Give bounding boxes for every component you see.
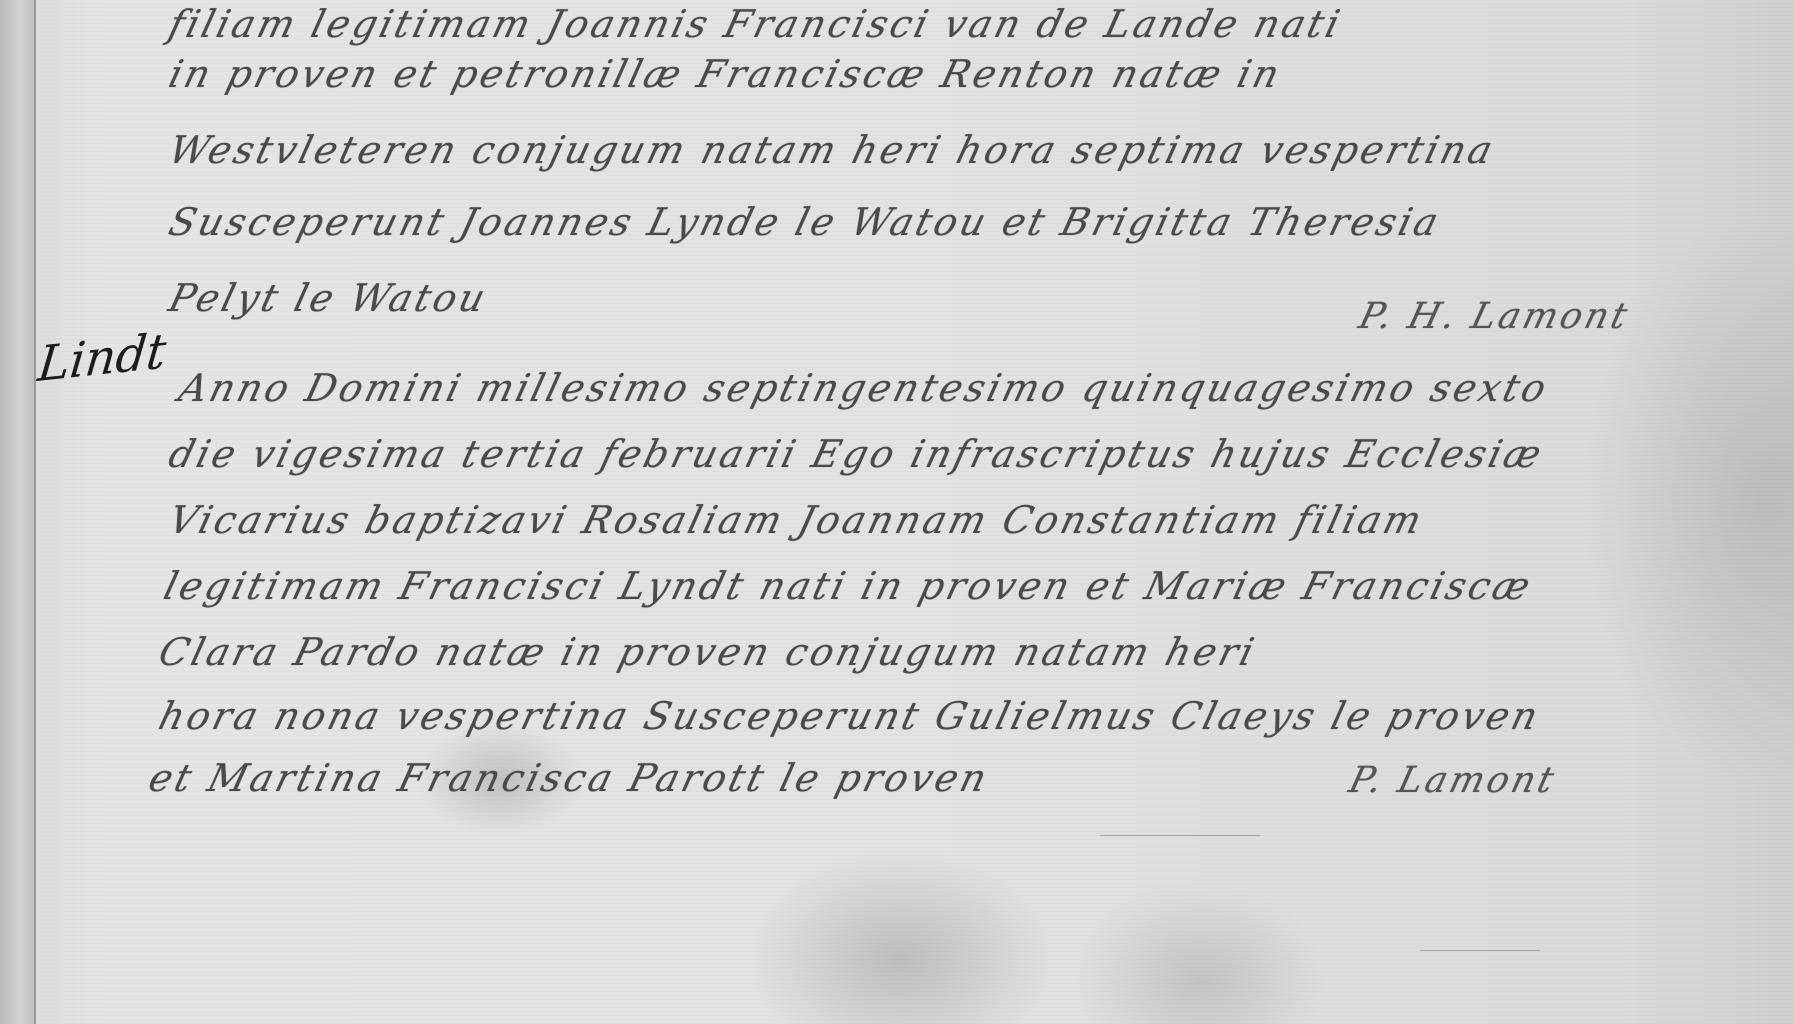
margin-note-name: Lindt bbox=[35, 323, 168, 393]
entry2-line-5: Clara Pardo natæ in proven conjugum nata… bbox=[155, 630, 1262, 674]
entry1-line-4: Susceperunt Joannes Lynde le Watou et Br… bbox=[165, 200, 1446, 244]
entry2-line-3: Vicarius baptizavi Rosaliam Joannam Cons… bbox=[165, 498, 1429, 542]
entry1-signature: P. H. Lamont bbox=[1355, 296, 1634, 337]
book-gutter bbox=[0, 0, 36, 1024]
entry1-line-2: in proven et petronillæ Franciscæ Renton… bbox=[165, 52, 1287, 96]
entry1-line-5: Pelyt le Watou bbox=[165, 276, 493, 320]
entry1-line-1: filiam legitimam Joannis Francisci van d… bbox=[165, 2, 1348, 46]
entry2-line-2: die vigesima tertia februarii Ego infras… bbox=[165, 432, 1549, 476]
ink-mark bbox=[1420, 950, 1540, 951]
entry2-line-1: Anno Domini millesimo septingentesimo qu… bbox=[175, 366, 1554, 410]
entry1-line-3: Westvleteren conjugum natam heri hora se… bbox=[165, 128, 1500, 172]
entry2-signature: P. Lamont bbox=[1345, 760, 1561, 801]
ink-rule bbox=[1100, 835, 1260, 836]
entry2-line-7: et Martina Francisca Parott le proven bbox=[145, 756, 994, 800]
entry2-line-6: hora nona vespertina Susceperunt Gulielm… bbox=[155, 694, 1546, 738]
entry2-line-4: legitimam Francisci Lyndt nati in proven… bbox=[160, 564, 1538, 608]
register-page: Lindt filiam legitimam Joannis Francisci… bbox=[0, 0, 1794, 1024]
